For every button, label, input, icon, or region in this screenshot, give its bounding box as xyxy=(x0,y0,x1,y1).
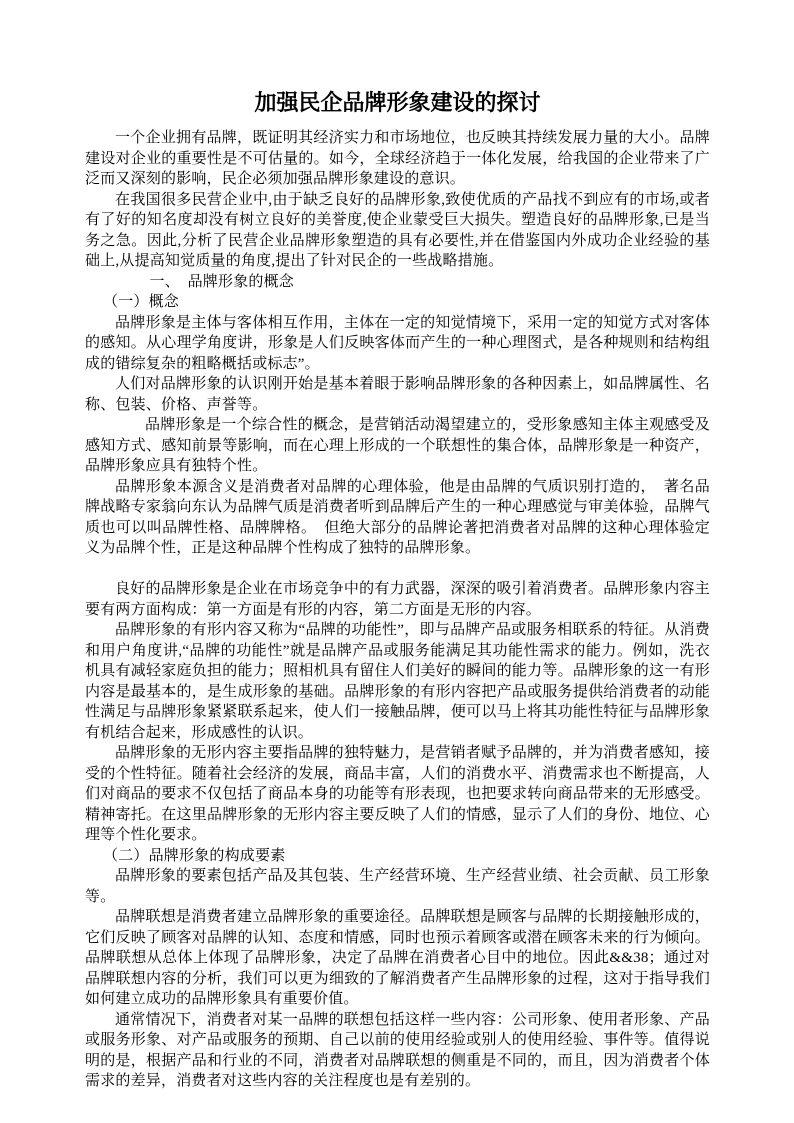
elements-paragraph-1: 品牌形象的要素包括产品及其包装、生产经营环境、生产经营业绩、社会贡献、员工形象等… xyxy=(85,866,710,907)
concept-paragraph-4: 品牌形象本源含义是消费者对品牌的心理体验，他是由品牌的气质识别打造的， 著名品牌… xyxy=(85,477,710,559)
concept-paragraph-2: 人们对品牌形象的认识刚开始是基本着眼于影响品牌形象的各种因素上，如品牌属性、名称… xyxy=(85,374,710,415)
blank-line xyxy=(85,559,710,580)
document-page: 加强民企品牌形象建设的探讨 一个企业拥有品牌，既证明其经济实力和市场地位，也反映… xyxy=(0,0,794,1123)
association-paragraph-2: 通常情况下，消费者对某一品牌的联想包括这样一些内容：公司形象、使用者形象、产品或… xyxy=(85,1010,710,1092)
content-paragraph-1: 良好的品牌形象是企业在市场竞争中的有力武器，深深的吸引着消费者。品牌形象内容主要… xyxy=(85,579,710,620)
concept-paragraph-3: 品牌形象是一个综合性的概念，是营销活动渴望建立的，受形象感知主体主观感受及感知方… xyxy=(85,415,710,477)
intro-paragraph-2: 在我国很多民营企业中,由于缺乏良好的品牌形象,致使优质的产品找不到应有的市场,或… xyxy=(85,190,710,272)
subsection-1-1-heading: （一）概念 xyxy=(85,292,710,313)
document-title: 加强民企品牌形象建设的探讨 xyxy=(85,88,710,118)
document-content: 加强民企品牌形象建设的探讨 一个企业拥有品牌，既证明其经济实力和市场地位，也反映… xyxy=(85,88,710,1092)
section-1-heading: 一、 品牌形象的概念 xyxy=(85,272,710,293)
content-paragraph-3: 品牌形象的无形内容主要指品牌的独特魅力，是营销者赋予品牌的，并为消费者感知，接受… xyxy=(85,743,710,846)
concept-paragraph-1: 品牌形象是主体与客体相互作用，主体在一定的知觉情境下，采用一定的知觉方式对客体的… xyxy=(85,313,710,375)
intro-paragraph-1: 一个企业拥有品牌，既证明其经济实力和市场地位，也反映其持续发展力量的大小。品牌建… xyxy=(85,128,710,190)
subsection-1-2-heading: （二）品牌形象的构成要素 xyxy=(85,846,710,867)
document-body: 一个企业拥有品牌，既证明其经济实力和市场地位，也反映其持续发展力量的大小。品牌建… xyxy=(85,128,710,1092)
association-paragraph-1: 品牌联想是消费者建立品牌形象的重要途径。品牌联想是顾客与品牌的长期接触形成的，它… xyxy=(85,907,710,1010)
content-paragraph-2: 品牌形象的有形内容又称为“品牌的功能性”，即与品牌产品或服务相联系的特征。从消费… xyxy=(85,620,710,743)
